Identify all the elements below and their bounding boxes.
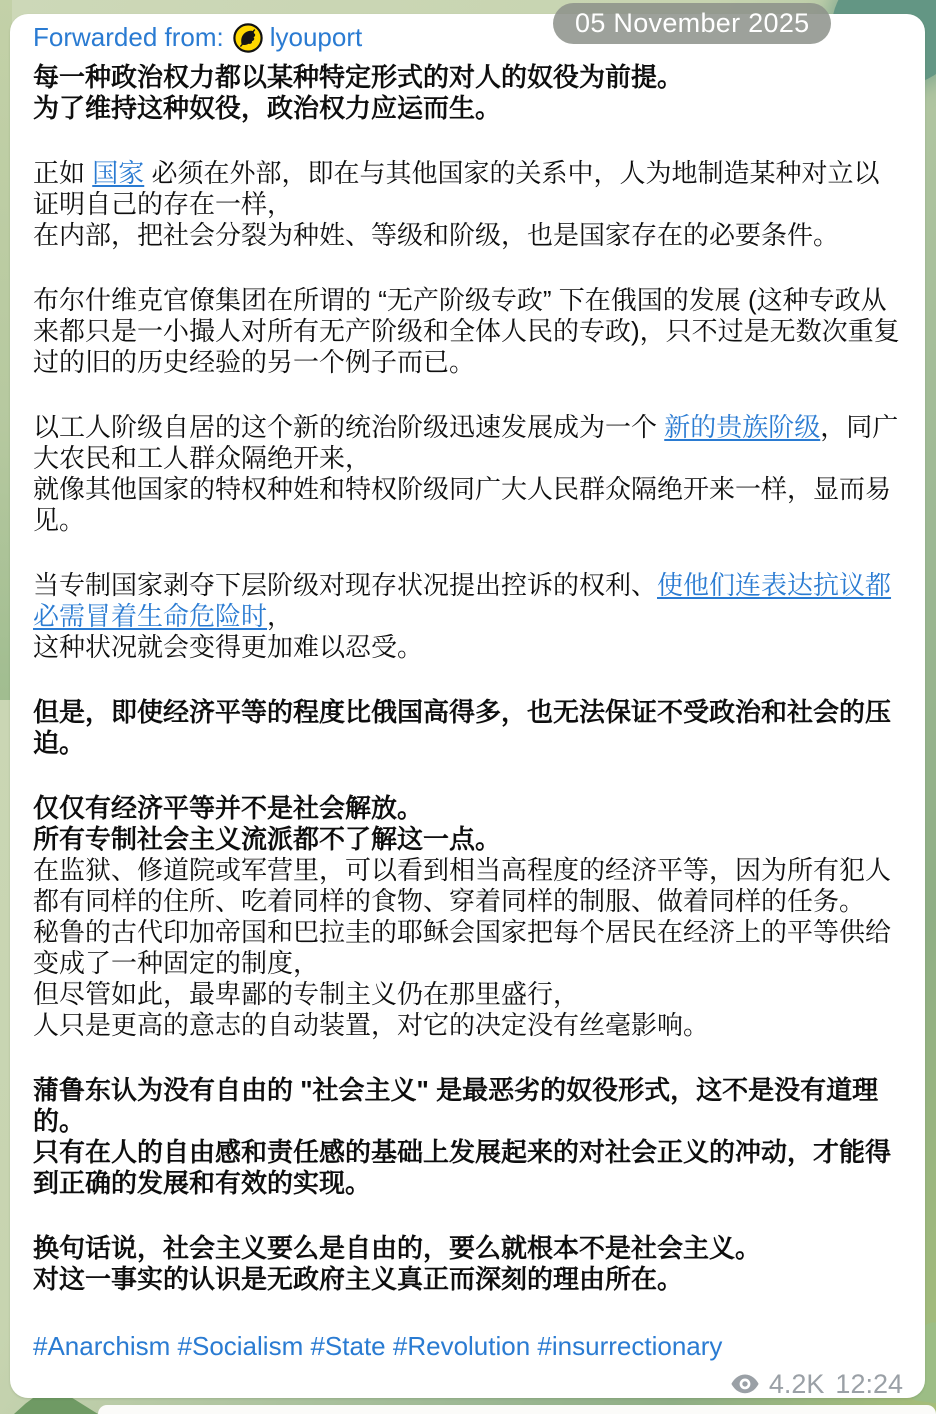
date-badge[interactable]: 05 November 2025 xyxy=(553,3,831,44)
next-message-sliver xyxy=(98,1405,936,1414)
channel-avatar pirate-flag-icon[interactable] xyxy=(233,23,263,53)
hashtags-row: #Anarchism #Socialism #State #Revolution… xyxy=(33,1331,903,1362)
inline-link[interactable]: 新的贵族阶级 xyxy=(664,412,820,442)
message-paragraph: 正如 国家 必须在外部，即在与其他国家的关系中，人为地制造某种对立以证明自己的存… xyxy=(33,158,903,251)
text-run: 布尔什维克官僚集团在所谓的 “无产阶级专政” 下在俄国的发展 (这种专政从来都只… xyxy=(33,285,900,377)
text-run: 每一种政治权力都以某种特定形式的对人的奴役为前提。 为了维持这种奴役，政治权力应… xyxy=(33,62,683,123)
text-run: 换句话说，社会主义要么是自由的，要么就根本不是社会主义。 对这一事实的认识是无政… xyxy=(33,1233,761,1294)
text-run: 但是，即使经济平等的程度比俄国高得多，也无法保证不受政治和社会的压迫。 xyxy=(33,697,891,758)
hashtag-link[interactable]: #State xyxy=(310,1331,385,1361)
message-paragraph: 换句话说，社会主义要么是自由的，要么就根本不是社会主义。 对这一事实的认识是无政… xyxy=(33,1233,903,1295)
chat-scroll-area[interactable]: 05 November 2025 Forwarded from: lyoupor… xyxy=(0,0,936,1414)
message-paragraph: 但是，即使经济平等的程度比俄国高得多，也无法保证不受政治和社会的压迫。 xyxy=(33,697,903,759)
views-count: 4.2K xyxy=(769,1369,825,1399)
message-time: 12:24 xyxy=(835,1369,903,1399)
hashtag-link[interactable]: #Socialism xyxy=(178,1331,304,1361)
text-run: 仅仅有经济平等并不是社会解放。 所有专制社会主义流派都不了解这一点。 xyxy=(33,793,501,854)
hashtag-link[interactable]: #Revolution xyxy=(393,1331,530,1361)
views-eye-icon xyxy=(730,1373,760,1395)
text-run: 正如 xyxy=(33,158,92,188)
hashtag-link[interactable]: #Anarchism xyxy=(33,1331,170,1361)
text-run: 必须在外部，即在与其他国家的关系中，人为地制造某种对立以证明自己的存在一样， 在… xyxy=(33,158,879,250)
message-paragraph: 仅仅有经济平等并不是社会解放。 所有专制社会主义流派都不了解这一点。 在监狱、修… xyxy=(33,793,903,1041)
message-paragraph: 以工人阶级自居的这个新的统治阶级迅速发展成为一个 新的贵族阶级，同广大农民和工人… xyxy=(33,412,903,536)
message-paragraph: 当专制国家剥夺下层阶级对现存状况提出控诉的权利、使他们连表达抗议都必需冒着生命危… xyxy=(33,570,903,663)
channel-name[interactable]: lyouport xyxy=(270,22,363,52)
message-text: 每一种政治权力都以某种特定形式的对人的奴役为前提。 为了维持这种奴役，政治权力应… xyxy=(33,62,903,1295)
message-paragraph: 布尔什维克官僚集团在所谓的 “无产阶级专政” 下在俄国的发展 (这种专政从来都只… xyxy=(33,285,903,378)
text-run: 蒲鲁东认为没有自由的 "社会主义" 是最恶劣的奴役形式，这不是没有道理的。 只有… xyxy=(33,1075,891,1198)
message-meta: 4.2K 12:24 xyxy=(33,1369,903,1399)
message-paragraph: 蒲鲁东认为没有自由的 "社会主义" 是最恶劣的奴役形式，这不是没有道理的。 只有… xyxy=(33,1075,903,1199)
text-run: 以工人阶级自居的这个新的统治阶级迅速发展成为一个 xyxy=(33,412,664,442)
inline-link[interactable]: 国家 xyxy=(92,158,144,188)
message-paragraph: 每一种政治权力都以某种特定形式的对人的奴役为前提。 为了维持这种奴役，政治权力应… xyxy=(33,62,903,124)
hashtag-link[interactable]: #insurrectionary xyxy=(537,1331,722,1361)
text-run: 当专制国家剥夺下层阶级对现存状况提出控诉的权利、 xyxy=(33,570,657,600)
message-bubble: Forwarded from: lyouport 每一种政治权力都以某种特定形式… xyxy=(10,14,925,1398)
forwarded-label: Forwarded from: xyxy=(33,22,224,52)
text-run: 在监狱、修道院或军营里，可以看到相当高程度的经济平等，因为所有犯人都有同样的住所… xyxy=(33,855,891,1040)
